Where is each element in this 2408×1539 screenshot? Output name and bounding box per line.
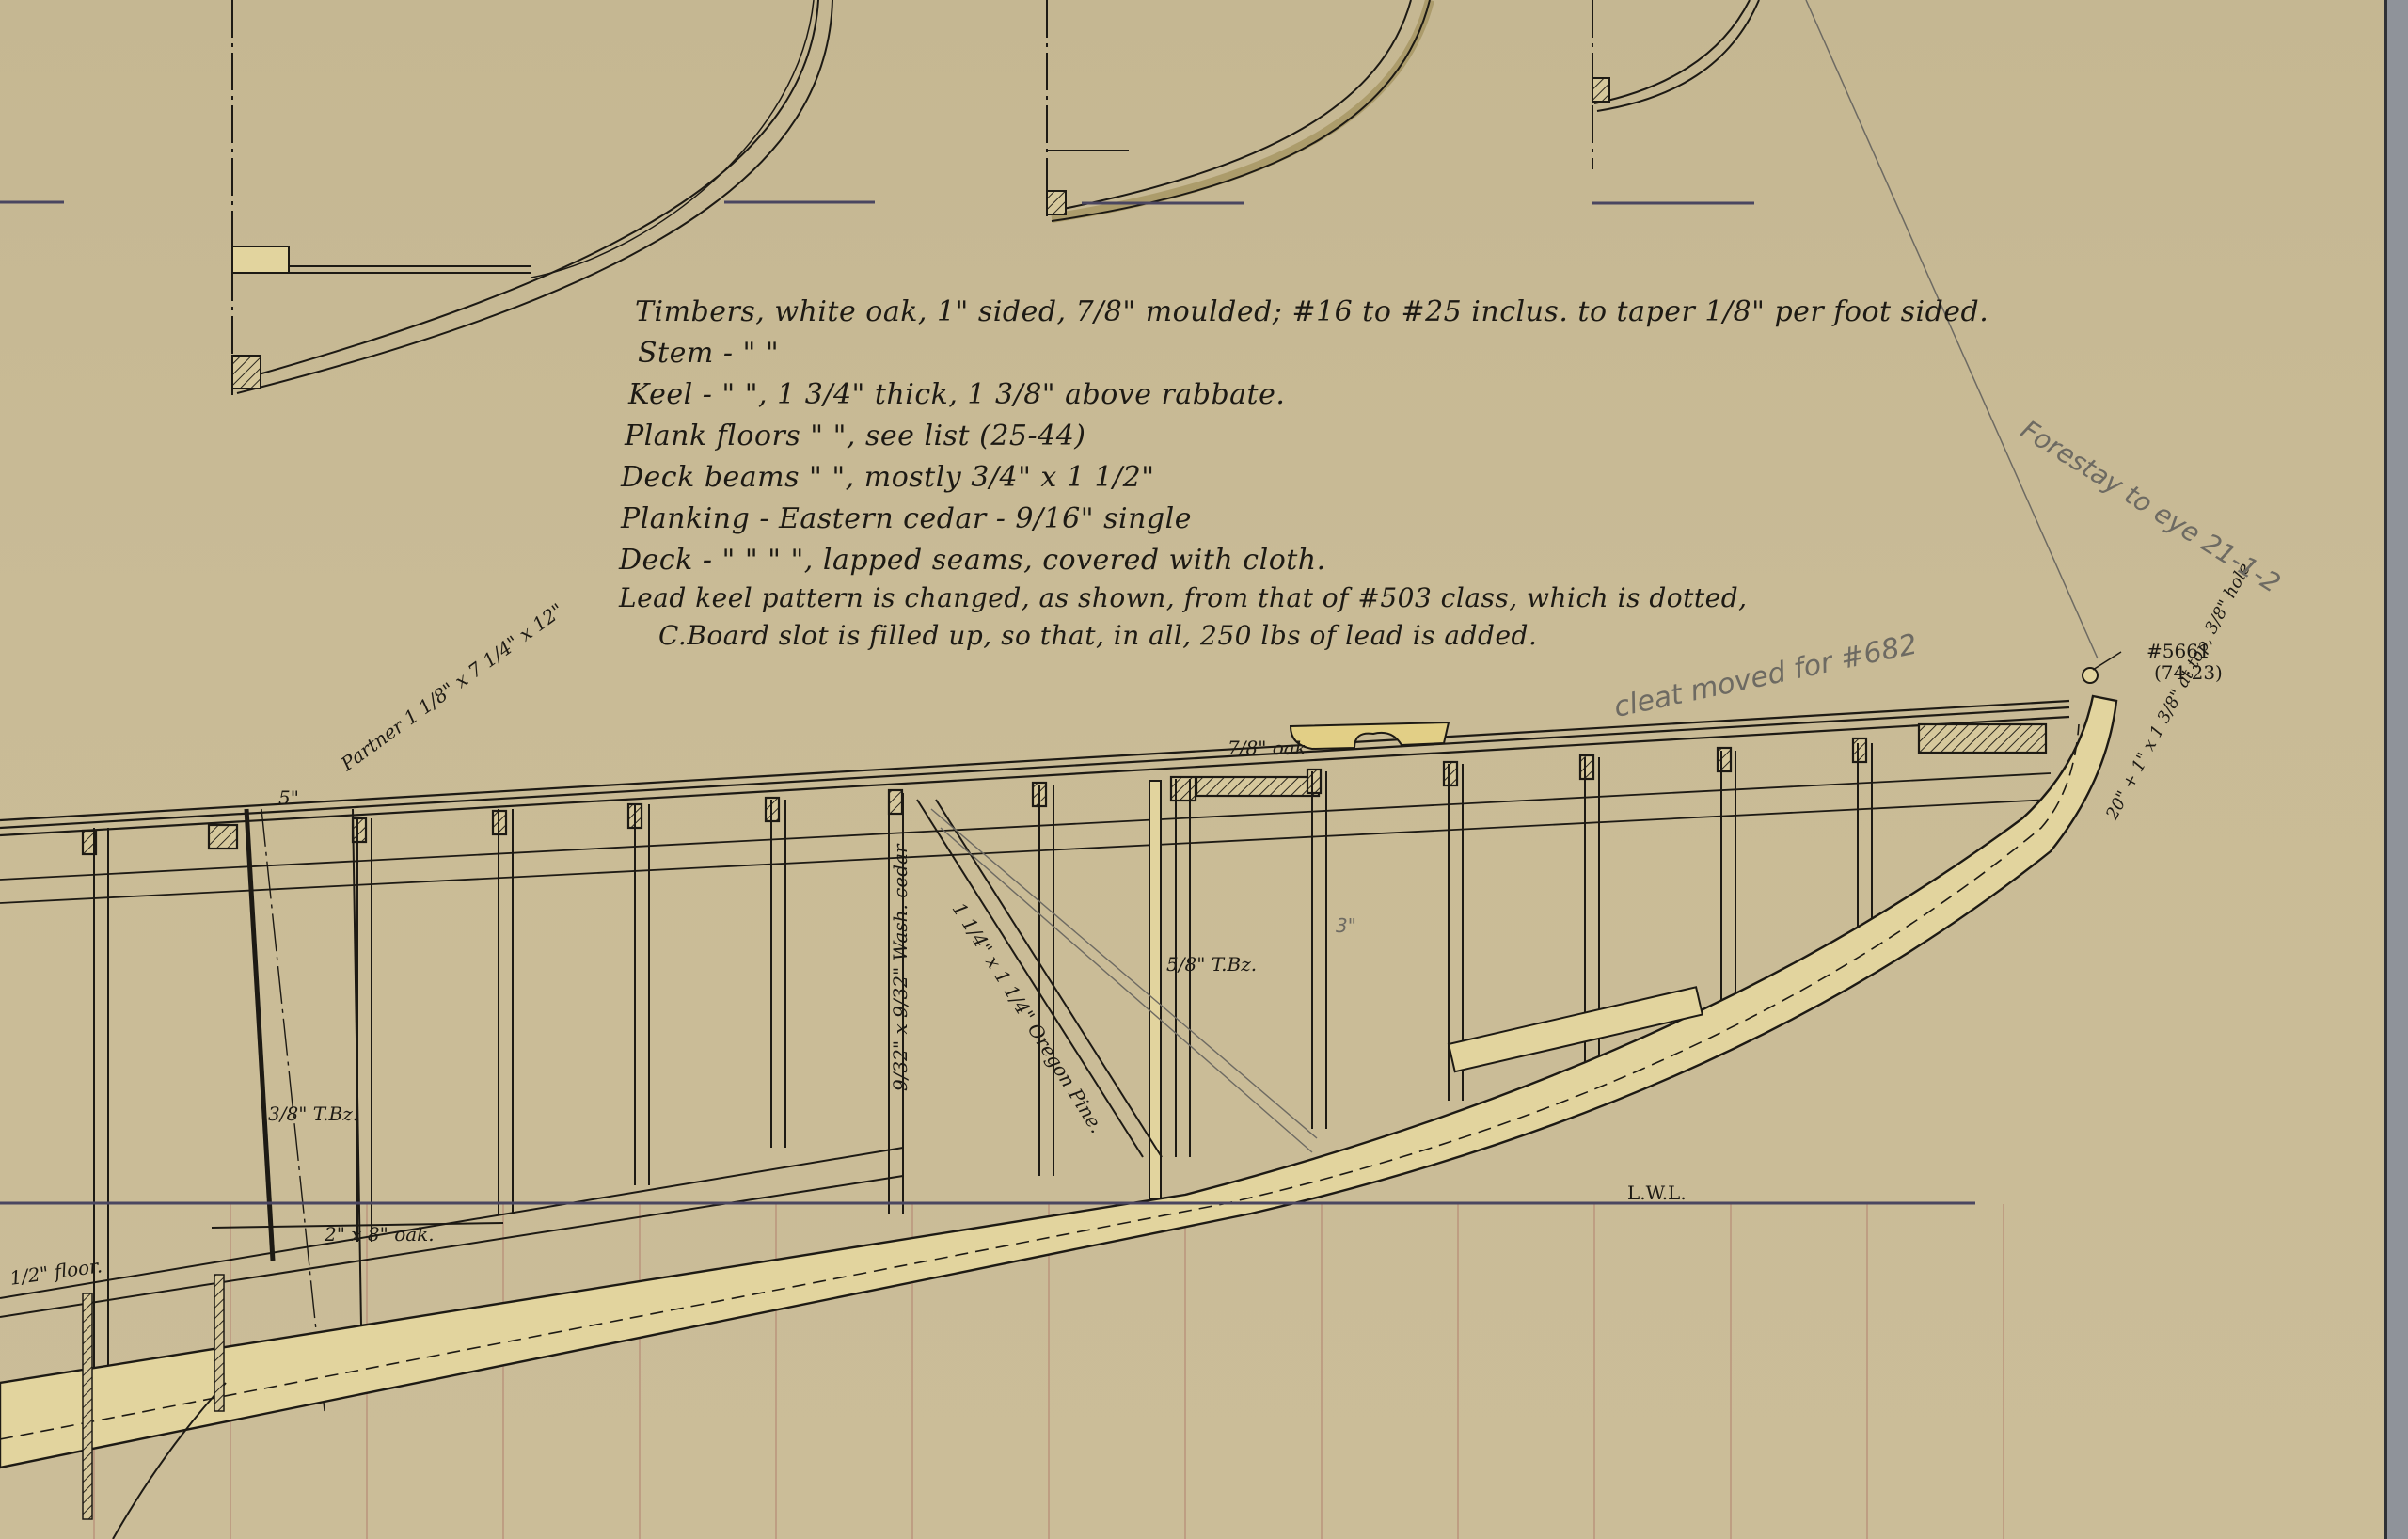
label-spacing: 3"	[1336, 914, 1356, 937]
spec-timbers: Timbers, white oak, 1" sided, 7/8" mould…	[635, 292, 1988, 333]
label-deck-block: 7/8" oak	[1228, 737, 1307, 759]
label-tie-rod-mid: 5/8" T.Bz.	[1166, 953, 1257, 976]
spec-plank-floors: Plank floors " ", see list (25-44)	[625, 416, 1086, 457]
stemhead-fitting	[2083, 668, 2098, 683]
tie-rod	[1149, 781, 1161, 1199]
cleat	[1291, 722, 1449, 749]
section-view-2	[1047, 0, 1430, 221]
label-tie-rod-aft: 3/8" T.Bz.	[268, 1103, 358, 1125]
spec-keel: Keel - " ", 1 3/4" thick, 1 3/8" above r…	[628, 374, 1285, 416]
label-partner-width: 5"	[278, 786, 299, 809]
construction-drawing	[0, 0, 2408, 1539]
deck-structure	[0, 701, 2069, 903]
spec-planking: Planking - Eastern cedar - 9/16" single	[621, 499, 1192, 540]
spec-deck: Deck - " " " ", lapped seams, covered wi…	[619, 540, 1326, 581]
label-floor-timber: 2" x 8" oak.	[325, 1223, 435, 1245]
scan-border	[2384, 0, 2408, 1539]
label-waterline: L.W.L.	[1627, 1182, 1687, 1204]
spec-centerboard: C.Board slot is filled up, so that, in a…	[658, 615, 1537, 657]
spec-lead-keel: Lead keel pattern is changed, as shown, …	[619, 578, 1748, 619]
label-mast-step: 9/32" x 9/32" Wash. cedar	[889, 845, 911, 1092]
spec-stem: Stem - " "	[638, 333, 779, 374]
drawing-sheet: Timbers, white oak, 1" sided, 7/8" mould…	[0, 0, 2408, 1539]
spec-deck-beams: Deck beams " ", mostly 3/4" x 1 1/2"	[621, 457, 1155, 499]
